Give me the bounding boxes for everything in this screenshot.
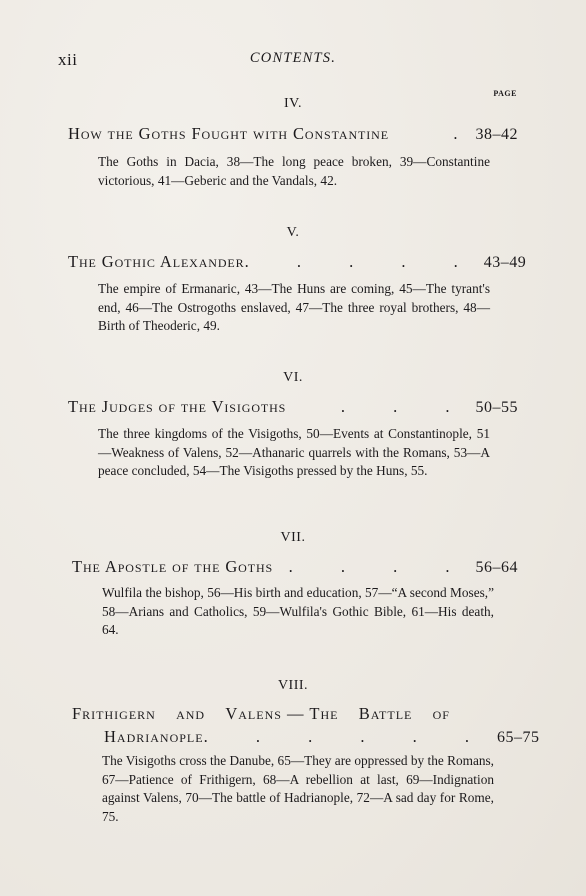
chapter-title-row-v: The Gothic Alexander . . . . . 43–49 [68,252,518,272]
chapter-summary-vii: Wulfila the bishop, 56—His birth and edu… [102,584,494,640]
chapter-number-viii: VIII. [0,678,586,694]
chapter-number-vii: VII. [0,530,586,546]
chapter-number-vi: VI. [0,370,586,386]
leader-dots: . . . . . . [204,727,497,747]
title-word: Valens — The [225,704,338,724]
chapter-pages: 43–49 [484,254,527,272]
chapter-title-line-1: Frithigern and Valens — The Battle of [72,704,450,724]
leader-dots: . . . [286,397,475,417]
chapter-summary-viii: The Visigoths cross the Danube, 65—They … [102,752,494,826]
chapter-pages: 65–75 [497,729,540,747]
leader-dots: . . . . [273,557,475,577]
chapter-number-v: V. [0,225,586,241]
chapter-title-row-vii: The Apostle of the Goths . . . . 56–64 [72,557,518,577]
chapter-title: How the Goths Fought with Constantine [68,124,389,144]
chapter-summary-v: The empire of Ermanaric, 43—The Huns are… [98,280,490,336]
title-word: Battle [359,704,413,724]
chapter-title: The Gothic Alexander [68,252,245,272]
chapter-summary-vi: The three kingdoms of the Visigoths, 50—… [98,425,490,481]
chapter-title: The Apostle of the Goths [72,557,273,577]
chapter-title-row-iv: How the Goths Fought with Constantine . … [68,124,518,144]
chapter-title-continuation: Hadrianople [104,727,204,747]
title-word: Frithigern [72,704,156,724]
chapter-title: The Judges of the Visigoths [68,397,286,417]
chapter-pages: 38–42 [476,126,519,144]
title-word: and [176,704,205,724]
leader-dots: . . . . . [245,252,484,272]
chapter-title-line-2: Hadrianople . . . . . . 65–75 [72,727,518,747]
running-head: CONTENTS. [0,50,586,67]
chapter-summary-iv: The Goths in Dacia, 38—The long peace br… [98,153,490,190]
chapter-number-iv: IV. [0,96,586,112]
chapter-pages: 56–64 [476,559,519,577]
leader-dots: . [389,124,476,144]
running-head-text: CONTENTS. [250,50,336,66]
chapter-title-row-vi: The Judges of the Visigoths . . . 50–55 [68,397,518,417]
title-word: of [433,704,450,724]
chapter-title-row-viii: Frithigern and Valens — The Battle of Ha… [72,704,518,747]
chapter-pages: 50–55 [476,399,519,417]
